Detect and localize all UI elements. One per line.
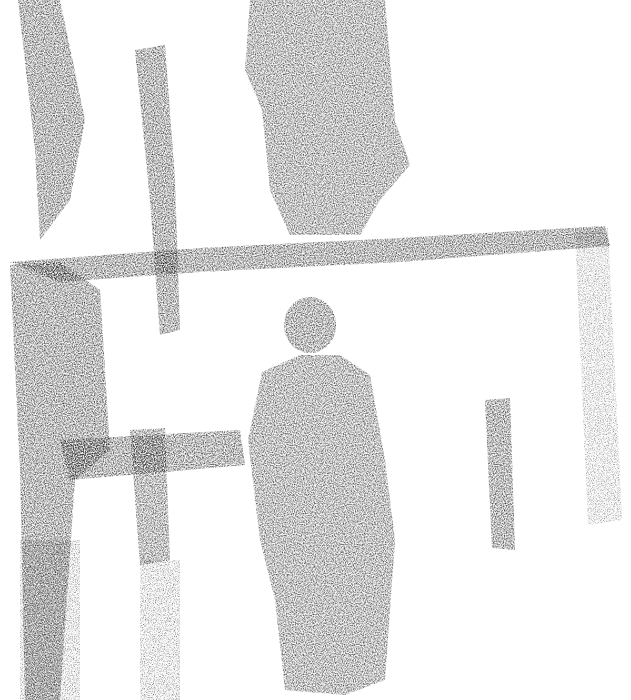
lower-figure (248, 297, 395, 695)
upper-figure (245, 0, 410, 235)
right-marks (485, 398, 515, 550)
bottom-speckle (20, 540, 180, 700)
stippled-print-artwork (0, 0, 631, 700)
